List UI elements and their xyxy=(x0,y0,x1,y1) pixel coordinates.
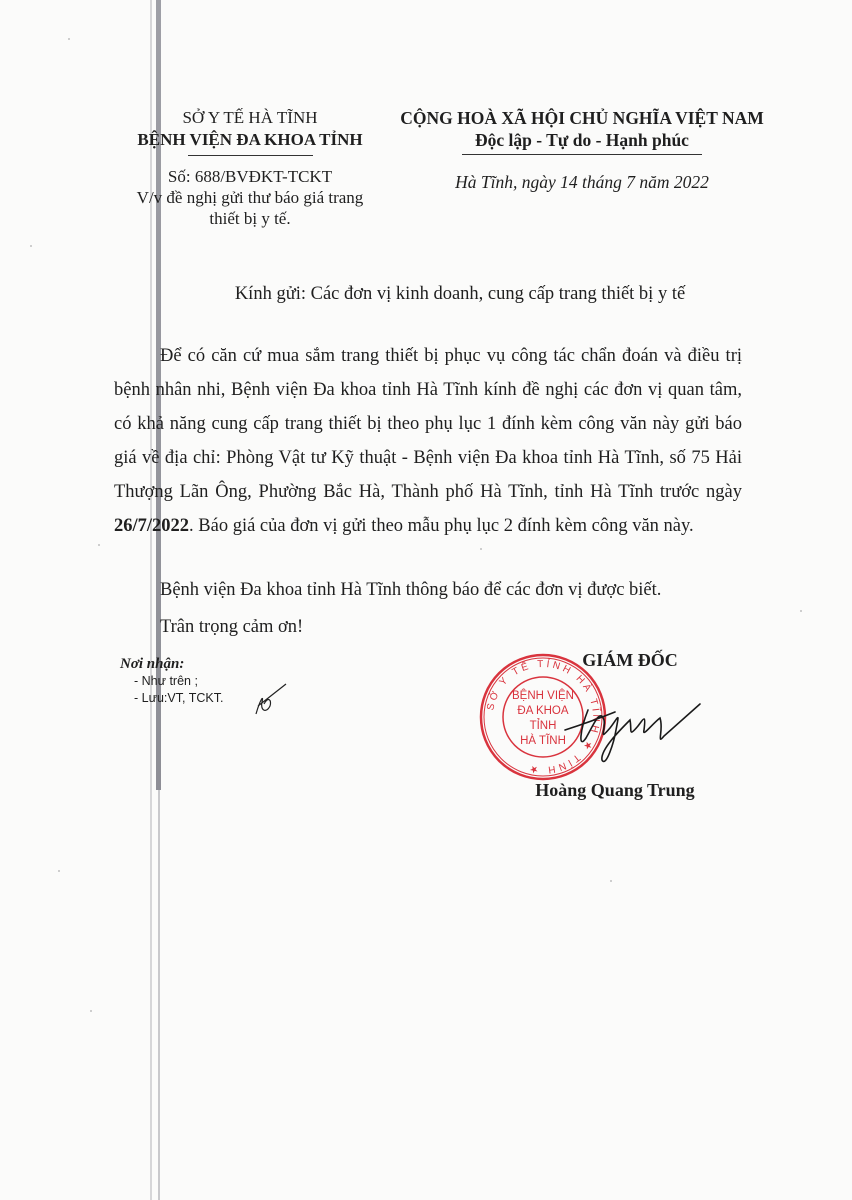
scan-speck xyxy=(98,544,100,546)
notice-line: Bệnh viện Đa khoa tỉnh Hà Tĩnh thông báo… xyxy=(160,580,661,601)
ministry-name: SỞ Y TẾ HÀ TĨNH xyxy=(100,107,400,129)
recipient-item: - Lưu:VT, TCKT. xyxy=(120,690,223,707)
national-motto: Độc lập - Tự do - Hạnh phúc xyxy=(475,129,689,151)
deadline-date: 26/7/2022 xyxy=(114,516,189,536)
motto-underline xyxy=(462,154,702,155)
svg-text:TỈNH: TỈNH xyxy=(530,719,557,732)
scan-speck xyxy=(58,870,60,872)
document-number: Số: 688/BVĐKT-TCKT xyxy=(100,166,400,187)
scan-speck xyxy=(800,610,802,612)
recipient-line: Kính gửi: Các đơn vị kinh doanh, cung cấ… xyxy=(100,284,820,305)
body-text-part2: . Báo giá của đơn vị gửi theo mẫu phụ lụ… xyxy=(189,516,694,536)
place-and-date: Hà Tĩnh, ngày 14 tháng 7 năm 2022 xyxy=(372,172,792,193)
recipients-list: Nơi nhận: - Như trên ; - Lưu:VT, TCKT. xyxy=(120,656,223,707)
recipient-item: - Như trên ; xyxy=(120,673,223,690)
scan-speck xyxy=(610,880,612,882)
nation-name: CỘNG HOÀ XÃ HỘI CHỦ NGHĨA VIỆT NAM xyxy=(372,107,792,129)
initials-scribble-icon xyxy=(250,680,290,720)
scan-speck xyxy=(68,38,70,40)
scan-artifact-line-lower xyxy=(158,790,160,1200)
scan-speck xyxy=(90,1010,92,1012)
signer-name: Hoàng Quang Trung xyxy=(510,780,720,801)
issuer-block: SỞ Y TẾ HÀ TĨNH BỆNH VIỆN ĐA KHOA TỈNH S… xyxy=(100,107,400,229)
issuer-underline xyxy=(188,155,313,156)
thanks-line: Trân trọng cảm ơn! xyxy=(160,617,303,638)
scan-speck xyxy=(480,548,482,550)
scan-speck xyxy=(30,245,32,247)
subject-line-1: V/v đề nghị gửi thư báo giá trang xyxy=(100,187,400,208)
body-text-part1: Để có căn cứ mua sắm trang thiết bị phục… xyxy=(114,346,742,502)
national-header: CỘNG HOÀ XÃ HỘI CHỦ NGHĨA VIỆT NAM Độc l… xyxy=(372,107,792,155)
recipients-title: Nơi nhận: xyxy=(120,656,223,673)
handwritten-signature-icon xyxy=(560,690,710,770)
subject-line-2: thiết bị y tế. xyxy=(100,208,400,229)
hospital-name: BỆNH VIỆN ĐA KHOA TỈNH xyxy=(100,129,400,151)
body-paragraph: Để có căn cứ mua sắm trang thiết bị phục… xyxy=(114,339,742,543)
